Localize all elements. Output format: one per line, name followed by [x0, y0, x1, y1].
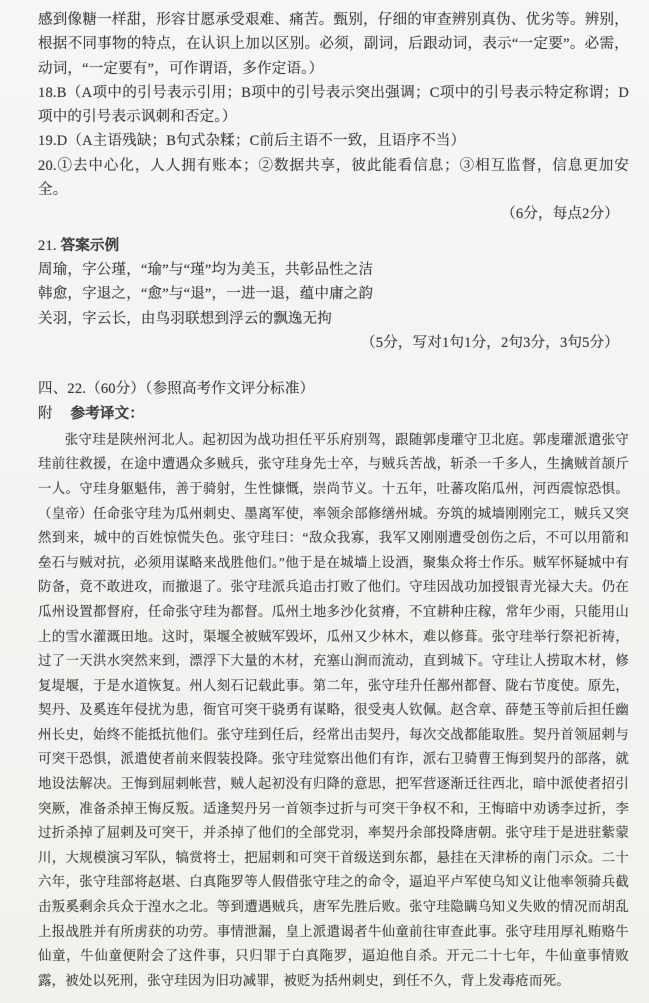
answer-21-line-hanyu: 韩愈，字退之，“愈”与“退”，一进一退，蕴中庸之韵	[38, 282, 629, 306]
answer-21-line-zhouyu: 周瑜，字公瑾，“瑜”与“瑾”均为美玉，共彰品性之洁	[38, 258, 629, 282]
answer-sheet-page: 感到像糖一样甜，形容甘愿承受艰难、痛苦。甄别，仔细的审查辨别真伪、优劣等。辨别，…	[0, 0, 649, 1003]
answer-19: 19.D（A主语残缺；B句式杂糅；C前后主语不一致，且语序不当）	[38, 129, 629, 153]
answer-22: 四、22.（60分）（参照高考作文评分标准）	[38, 377, 629, 401]
answer-21-number: 21.	[38, 238, 57, 254]
item17-explanation-tail: 感到像糖一样甜，形容甘愿承受艰难、痛苦。甄别，仔细的审查辨别真伪、优劣等。辨别，…	[38, 8, 629, 81]
answer-20: 20.①去中心化，人人拥有账本；②数据共享，彼此能看信息；③相互监督，信息更加安…	[38, 154, 629, 203]
appendix-title: 参考译文：	[71, 406, 145, 422]
answer-21-title: 答案示例	[61, 238, 120, 254]
appendix-heading: 附 参考译文：	[38, 402, 629, 426]
reference-translation: 张守珪是陕州河北人。起初因为战功担任平乐府别驾，跟随郭虔瓘守卫北庭。郭虔瓘派遣张…	[38, 428, 629, 994]
appendix-prefix: 附	[38, 406, 53, 422]
answer-20-score: （6分，每点2分）	[38, 202, 629, 226]
answer-21-line-guanyu: 关羽，字云长，由鸟羽联想到浮云的飘逸无拘	[38, 307, 629, 331]
answer-21-heading: 21. 答案示例	[38, 234, 629, 258]
answer-21-score: （5分，写对1句1分，2句3分，3句5分）	[38, 331, 629, 355]
answer-18: 18.B（A项中的引号表示引用；B项中的引号表示突出强调；C项中的引号表示特定称…	[38, 81, 629, 130]
